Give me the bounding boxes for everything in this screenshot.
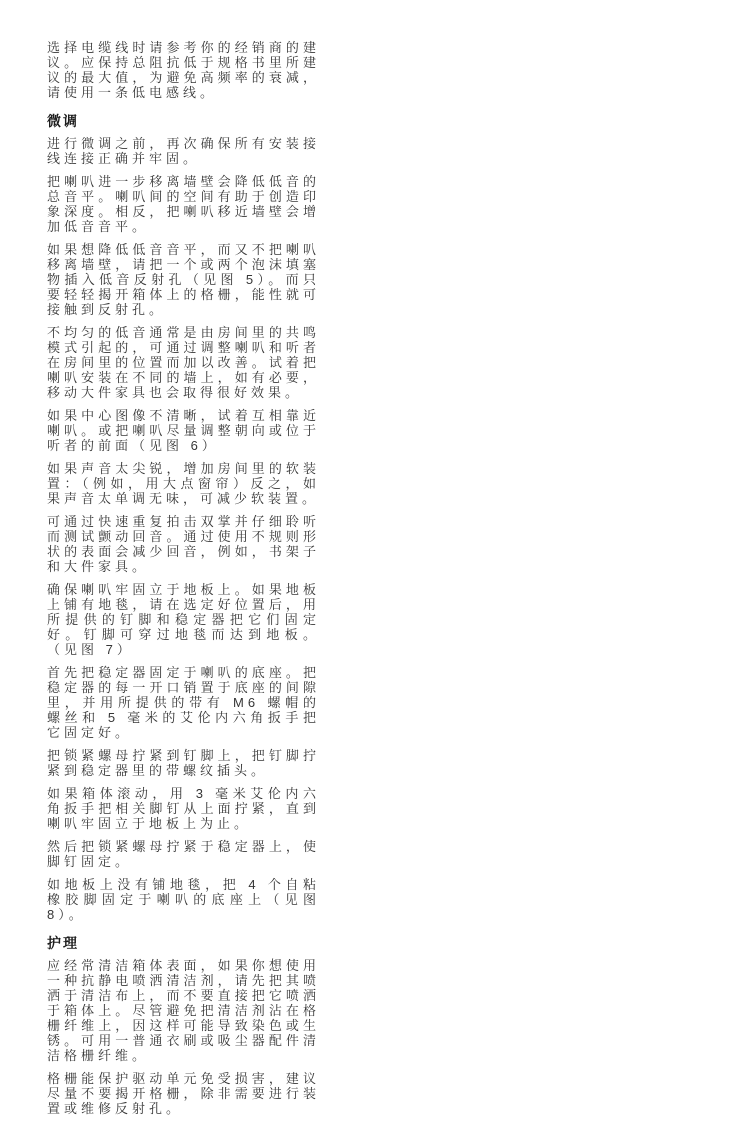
section-heading-care: 护理: [47, 935, 320, 951]
paragraph-wall-distance: 把喇叭进一步移离墙壁会降低低音的总音平。喇叭间的空间有助于创造印象深度。相反，把…: [47, 174, 320, 234]
text-column: 选择电缆线时请参考你的经销商的建议。应保持总阻抗低于规格书里所建议的最大值，为避…: [47, 40, 320, 1124]
paragraph-rubber-feet: 如地板上没有铺地毯，把 4 个自粘橡胶脚固定于喇叭的底座上（见图 8）。: [47, 877, 320, 922]
paragraph-check-connections: 进行微调之前，再次确保所有安装接线连接正确并牢固。: [47, 136, 320, 166]
paragraph-flutter-echo: 可通过快速重复拍击双掌并仔细聆听而测试颤动回音。通过使用不规则形状的表面会减少回…: [47, 514, 320, 574]
paragraph-uneven-bass: 不均匀的低音通常是由房间里的共鸣模式引起的，可通过调整喇叭和听者在房间里的位置而…: [47, 325, 320, 400]
paragraph-tighten-lock-nuts: 然后把锁紧螺母拧紧于稳定器上，使脚钉固定。: [47, 839, 320, 869]
paragraph-sound-harsh: 如果声音太尖锐，增加房间里的软装置：（例如，用大点窗帘）反之，如果声音太单调无味…: [47, 461, 320, 506]
paragraph-stabilizer-install: 首先把稳定器固定于喇叭的底座。把稳定器的每一开口销置于底座的间隙里，并用所提供的…: [47, 665, 320, 740]
manual-page: 选择电缆线时请参考你的经销商的建议。应保持总阻抗低于规格书里所建议的最大值，为避…: [0, 0, 748, 1145]
section-heading-fine-tuning: 微调: [47, 113, 320, 129]
paragraph-center-image: 如果中心图像不清晰，试着互相靠近喇叭。或把喇叭尽量调整朝向或位于听者的前面（见图…: [47, 408, 320, 453]
paragraph-cabinet-rocking: 如果箱体滚动，用 3 毫米艾伦内六角扳手把相关脚钉从上面拧紧，直到喇叭牢固立于地…: [47, 786, 320, 831]
paragraph-cleaning: 应经常清洁箱体表面，如果你想使用一种抗静电喷洒清洁剂，请先把其喷洒于清洁布上，而…: [47, 958, 320, 1063]
paragraph-lock-nuts: 把锁紧螺母拧紧到钉脚上，把钉脚拧紧到稳定器里的带螺纹插头。: [47, 748, 320, 778]
paragraph-grille-protection: 格栅能保护驱动单元免受损害，建议尽量不要揭开格栅，除非需要进行装置或维修反射孔。: [47, 1071, 320, 1116]
paragraph-foam-plugs: 如果想降低低音音平，而又不把喇叭移离墙壁，请把一个或两个泡沫填塞物插入低音反射孔…: [47, 242, 320, 317]
paragraph-cable-advice: 选择电缆线时请参考你的经销商的建议。应保持总阻抗低于规格书里所建议的最大值，为避…: [47, 40, 320, 100]
paragraph-floor-stability: 确保喇叭牢固立于地板上。如果地板上铺有地毯，请在选定好位置后，用所提供的钉脚和稳…: [47, 582, 320, 657]
